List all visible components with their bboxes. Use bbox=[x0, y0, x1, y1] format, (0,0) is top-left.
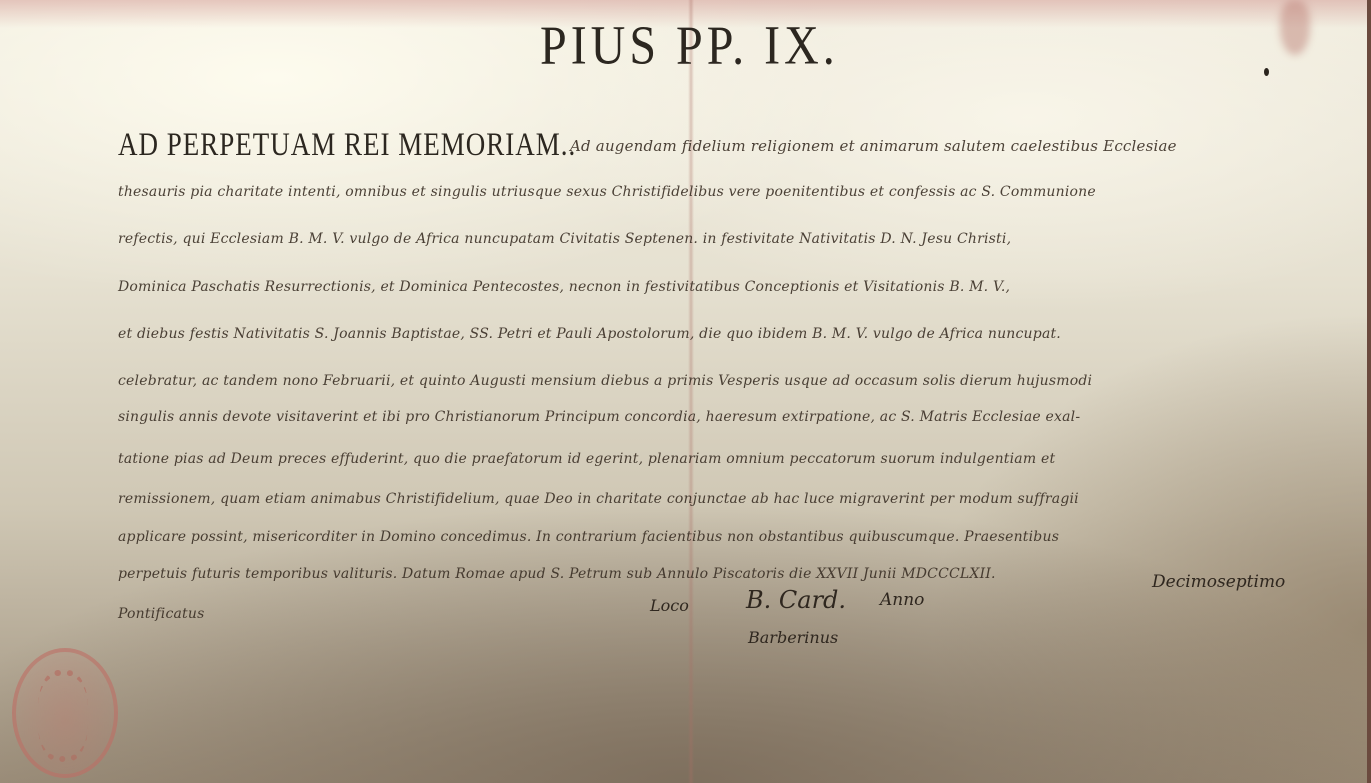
body-line-10: applicare possint, misericorditer in Dom… bbox=[118, 529, 1059, 545]
loco-text: Loco bbox=[650, 596, 689, 615]
body-line-8: tatione pias ad Deum preces effuderint, … bbox=[118, 451, 1055, 467]
body-line-4: Dominica Paschatis Resurrectionis, et Do… bbox=[118, 279, 1010, 295]
body-line-5: et diebus festis Nativitatis S. Joannis … bbox=[118, 326, 1061, 342]
opening-formula: AD PERPETUAM REI MEMORIAM.. bbox=[118, 126, 576, 163]
document-heading: PIUS PP. IX. bbox=[540, 14, 840, 77]
anno-text: Anno bbox=[880, 590, 924, 610]
body-line-11: perpetuis futuris temporibus valituris. … bbox=[118, 566, 996, 582]
signature-name: Barberinus bbox=[748, 628, 838, 647]
signature-initials: B. Card. bbox=[746, 586, 846, 614]
document-photo: PIUS PP. IX. AD PERPETUAM REI MEMORIAM..… bbox=[0, 0, 1371, 783]
body-line-2: thesauris pia charitate intenti, omnibus… bbox=[118, 184, 1096, 200]
body-line-12: Pontificatus bbox=[118, 606, 204, 622]
body-line-3: refectis, qui Ecclesiam B. M. V. vulgo d… bbox=[118, 231, 1011, 247]
red-seal-stamp bbox=[12, 648, 118, 778]
body-line-6: celebratur, ac tandem nono Februarii, et… bbox=[118, 373, 1092, 389]
pontificate-year: Decimoseptimo bbox=[1152, 572, 1285, 592]
body-line-1: Ad augendam fidelium religionem et anima… bbox=[570, 137, 1177, 155]
ink-dot bbox=[1264, 68, 1269, 76]
paper-fold bbox=[688, 0, 694, 783]
paper-edge bbox=[1367, 0, 1371, 783]
ink-stain bbox=[1280, 0, 1310, 55]
body-line-9: remissionem, quam etiam animabus Christi… bbox=[118, 491, 1079, 507]
body-line-7: singulis annis devote visitaverint et ib… bbox=[118, 409, 1080, 425]
